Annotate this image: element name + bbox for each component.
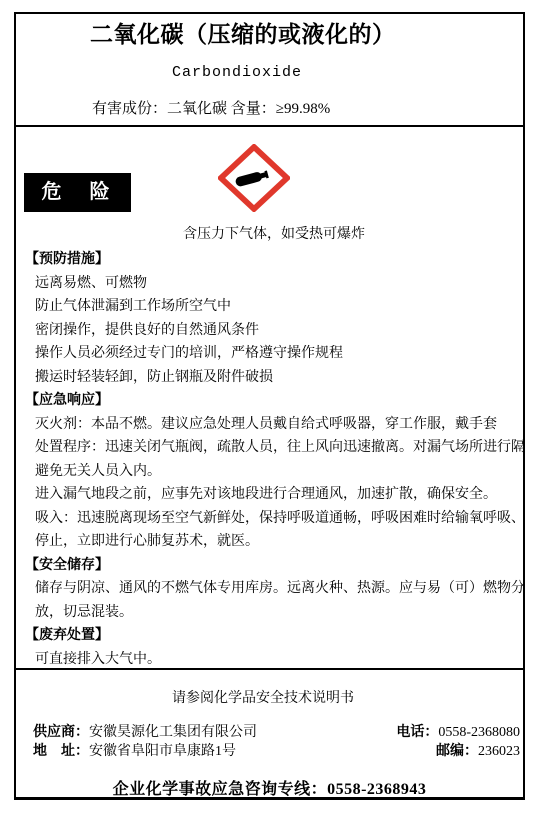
hazard-components-line: 有害成份：二氧化碳 含量：≥99.98%: [92, 100, 330, 118]
emergency-hotline: 企业化学事故应急咨询专线：0558-2368943: [16, 776, 523, 799]
response-line: 进入漏气地段之前，应事先对该地段进行合理通风，加速扩散，确保安全。: [16, 483, 523, 507]
section-title-prevention: 【预防措施】: [16, 248, 523, 272]
prevention-line: 密闭操作，提供良好的自然通风条件: [16, 319, 523, 343]
phone-value: 0558-2368080: [438, 725, 520, 740]
address-row: 地 址：安徽省阜阳市阜康路1号 邮编：236023: [33, 744, 520, 761]
section-title-disposal: 【废弃处置】: [16, 624, 523, 648]
address-label: 地 址：: [33, 744, 89, 759]
english-name: Carbondioxide: [172, 65, 302, 80]
response-line: 吸入：迅速脱离现场至空气新鲜处，保持呼吸道通畅，呼吸困难时给输氧呼吸、心跳: [16, 507, 523, 531]
supplier-row: 供应商：安徽昊源化工集团有限公司 电话：0558-2368080: [33, 725, 520, 742]
phone-cell: 电话：0558-2368080: [396, 725, 520, 742]
address-cell: 地 址：安徽省阜阳市阜康路1号: [33, 744, 236, 761]
sections: 【预防措施】 远离易燃、可燃物 防止气体泄漏到工作场所空气中 密闭操作，提供良好…: [16, 248, 523, 671]
footer-divider: [16, 668, 523, 670]
header-divider: [16, 125, 523, 127]
page-title: 二氧化碳（压缩的或液化的）: [90, 21, 396, 49]
storage-line: 储存与阴凉、通风的不燃气体专用库房。远离火种、热源。应与易（可）燃物分开存: [16, 577, 523, 601]
prevention-line: 防止气体泄漏到工作场所空气中: [16, 295, 523, 319]
prevention-line: 搬运时轻装轻卸，防止钢瓶及附件破损: [16, 366, 523, 390]
ghs-compressed-gas-cylinder-icon: [218, 144, 290, 212]
supplier-value: 安徽昊源化工集团有限公司: [89, 725, 257, 740]
response-line: 避免无关人员入内。: [16, 460, 523, 484]
safety-label: 二氧化碳（压缩的或液化的） Carbondioxide 有害成份：二氧化碳 含量…: [14, 12, 525, 800]
supplier-cell: 供应商：安徽昊源化工集团有限公司: [33, 725, 257, 742]
postcode-cell: 邮编：236023: [436, 744, 520, 761]
prevention-line: 远离易燃、可燃物: [16, 272, 523, 296]
signal-word-box: 危 险: [24, 173, 131, 212]
msds-reference-note: 请参阅化学品安全技术说明书: [172, 687, 354, 707]
section-title-storage: 【安全储存】: [16, 554, 523, 578]
phone-label: 电话：: [396, 725, 438, 740]
storage-line: 放，切忌混装。: [16, 601, 523, 625]
response-line: 处置程序：迅速关闭气瓶阀，疏散人员，往上风向迅速撤离。对漏气场所进行隔离，: [16, 436, 523, 460]
hazard-statement: 含压力下气体，如受热可爆炸: [183, 227, 365, 244]
supplier-label: 供应商：: [33, 725, 89, 740]
address-value: 安徽省阜阳市阜康路1号: [89, 744, 236, 759]
postcode-label: 邮编：: [436, 744, 478, 759]
postcode-value: 236023: [478, 744, 520, 759]
response-line: 灭火剂：本品不燃。建议应急处理人员戴自给式呼吸器，穿工作服，戴手套: [16, 413, 523, 437]
response-line: 停止，立即进行心肺复苏术，就医。: [16, 530, 523, 554]
prevention-line: 操作人员必须经过专门的培训，严格遵守操作规程: [16, 342, 523, 366]
section-title-response: 【应急响应】: [16, 389, 523, 413]
